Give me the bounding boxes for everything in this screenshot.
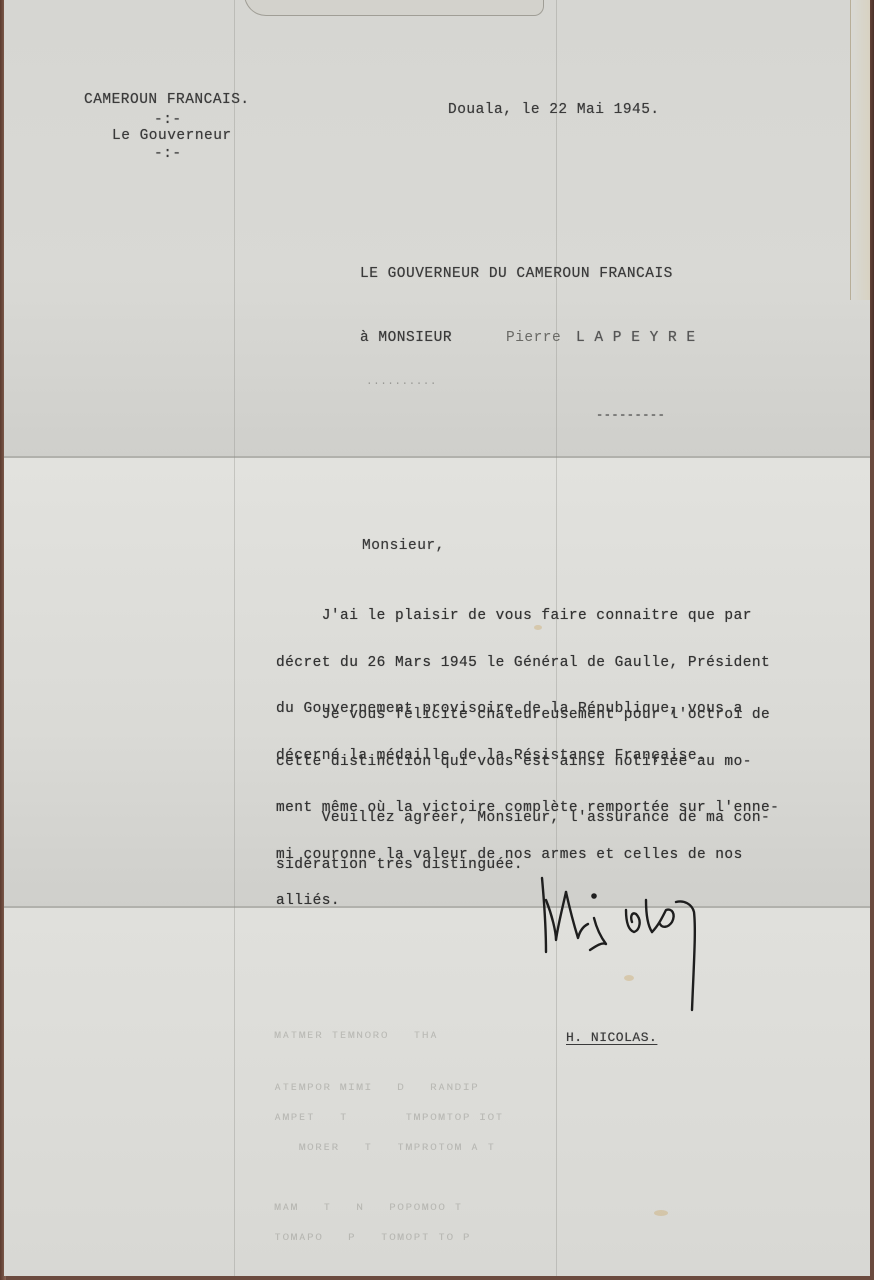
recipient-rule: --------- [596,408,665,422]
fold-line-upper [4,456,870,458]
fold-line-left [234,0,235,1276]
tape-strip [244,0,544,16]
salutation: Monsieur, [362,538,445,554]
sender-line: LE GOUVERNEUR DU CAMEROUN FRANCAIS [360,266,673,282]
letterhead-separator: -:- [154,146,182,162]
paragraph-line: Veuillez agréer, Monsieur, l'assurance d… [276,811,836,827]
paragraph-line: décret du 26 Mars 1945 le Général de Gau… [276,656,836,672]
handwritten-signature [534,870,734,1020]
paragraph-line: J'ai le plaisir de vous faire connaitre … [276,609,836,625]
letter-paper: CAMEROUN FRANCAIS. -:- Le Gouverneur -:-… [4,0,870,1276]
recipient-faint-line: .......... [366,376,437,388]
dateline: Douala, le 22 Mai 1945. [448,102,660,118]
recipient-last-name: L A P E Y R E [576,330,696,346]
show-through-text: ᴍᴀᴛᴍᴇʀ ᴛᴇᴍɴᴏʀᴏ ᴛʜᴀ [274,1028,438,1042]
letterhead-office: Le Gouverneur [112,128,232,144]
show-through-text: ᴀᴍᴘᴇᴛ ᴛ ᴛᴍᴘᴏᴍᴛᴏᴘ ɪᴏᴛ [274,1110,504,1124]
show-through-text: ᴍᴏʀᴇʀ ᴛ ᴛᴍᴘʀᴏᴛᴏᴍ ᴀ ᴛ [274,1140,495,1154]
letterhead-separator: -:- [154,112,182,128]
show-through-text: ᴍᴀᴍ ᴛ ɴ ᴘᴏᴘᴏᴍᴏᴏ ᴛ [274,1200,463,1214]
paragraph-line: Je vous félicite chaleureusement pour l'… [276,708,836,724]
paragraph-line: cette distinction qui vous est ainsi not… [276,755,836,771]
fold-panel-top [4,0,870,458]
letterhead-colony: CAMEROUN FRANCAIS. [84,92,250,108]
recipient-prefix: à MONSIEUR [360,330,452,346]
signatory-name: H. NICOLAS. [566,1030,657,1045]
recipient-first-name: Pierre [506,330,561,346]
torn-edge [850,0,870,300]
show-through-text: ᴛᴏᴍᴀᴘᴏ ᴘ ᴛᴏᴍᴏᴘᴛ ᴛᴏ ᴘ [274,1230,471,1244]
stain [654,1210,668,1216]
show-through-text: ᴀᴛᴇᴍᴘᴏʀ ᴍɪᴍɪ ᴅ ʀᴀɴᴅɪᴘ [274,1080,479,1094]
